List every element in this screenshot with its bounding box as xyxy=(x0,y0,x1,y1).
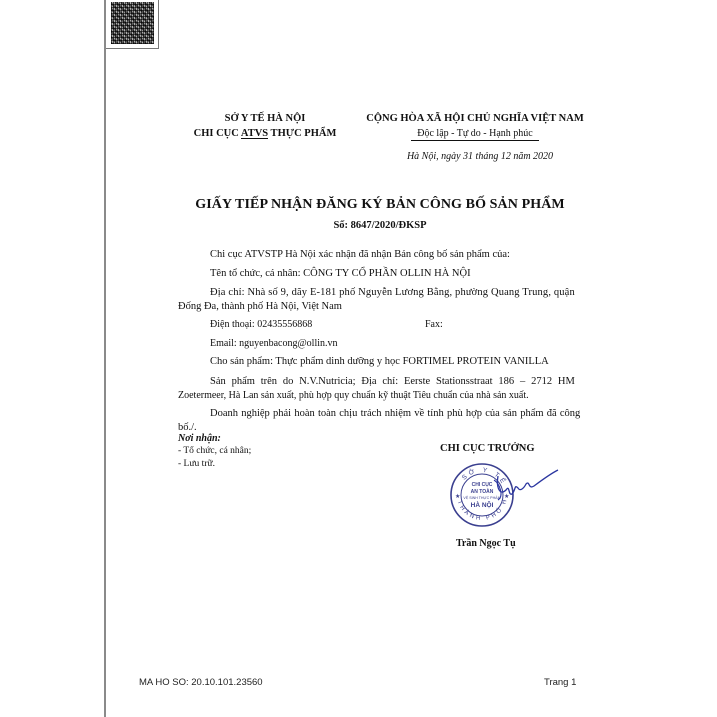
issuing-authority: SỞ Y TẾ HÀ NỘI CHI CỤC ATVS THỰC PHẨM xyxy=(190,111,340,141)
manufacturer-line-2: Zoetermeer, Hà Lan sản xuất, phù hợp quy… xyxy=(178,389,529,402)
phone-number: Điện thoại: 02435556868 xyxy=(210,318,312,331)
authority-suffix: THỰC PHẨM xyxy=(268,128,336,139)
national-motto: Độc lập - Tự do - Hạnh phúc xyxy=(411,127,538,141)
signature-icon xyxy=(490,466,560,506)
issue-date: Hà Nội, ngày 31 tháng 12 năm 2020 xyxy=(370,151,590,162)
authority-prefix: CHI CỤC xyxy=(194,128,241,139)
page-number: Trang 1 xyxy=(544,677,576,688)
organization-name: Tên tổ chức, cá nhân: CÔNG TY CỔ PHẦN OL… xyxy=(210,267,471,280)
qr-code-icon xyxy=(111,2,154,44)
intro-text: Chi cục ATVSTP Hà Nội xác nhận đã nhận B… xyxy=(210,248,510,261)
document-title: GIẤY TIẾP NHẬN ĐĂNG KÝ BẢN CÔNG BỐ SẢN P… xyxy=(160,197,600,213)
address-line-2: Đống Đa, thành phố Hà Nội, Việt Nam xyxy=(178,300,342,313)
authority-line-1: SỞ Y TẾ HÀ NỘI xyxy=(190,111,340,126)
nation-name: CỘNG HÒA XÃ HỘI CHỦ NGHĨA VIỆT NAM xyxy=(360,111,590,126)
qr-code-frame xyxy=(106,0,159,49)
page-left-border xyxy=(104,0,106,717)
address-line-1: Địa chỉ: Nhà số 9, dãy E-181 phố Nguyễn … xyxy=(210,286,598,299)
svg-text:★: ★ xyxy=(455,493,460,500)
fax-number: Fax: xyxy=(425,318,443,331)
document-number: Số: 8647/2020/ĐKSP xyxy=(160,220,600,231)
recipient-item: - Tổ chức, cá nhân; xyxy=(178,446,251,456)
product-name: Cho sản phẩm: Thực phẩm dinh dưỡng y học… xyxy=(210,355,549,368)
signer-name: Trần Ngọc Tụ xyxy=(456,538,516,549)
signer-title: CHI CỤC TRƯỞNG xyxy=(440,443,535,454)
responsibility-line-1: Doanh nghiệp phải hoàn toàn chịu trách n… xyxy=(210,407,580,420)
manufacturer-line-1: Sản phẩm trên do N.V.Nutricia; Địa chỉ: … xyxy=(210,375,575,388)
authority-underlined: ATVS xyxy=(241,128,268,139)
authority-line-2: CHI CỤC ATVS THỰC PHẨM xyxy=(190,126,340,141)
recipients-title: Nơi nhận: xyxy=(178,433,221,444)
file-code: MA HO SO: 20.10.101.23560 xyxy=(139,677,263,688)
email-address: Email: nguyenbacong@ollin.vn xyxy=(210,337,338,350)
national-header: CỘNG HÒA XÃ HỘI CHỦ NGHĨA VIỆT NAM Độc l… xyxy=(360,111,590,141)
recipient-item: - Lưu trữ. xyxy=(178,459,215,469)
